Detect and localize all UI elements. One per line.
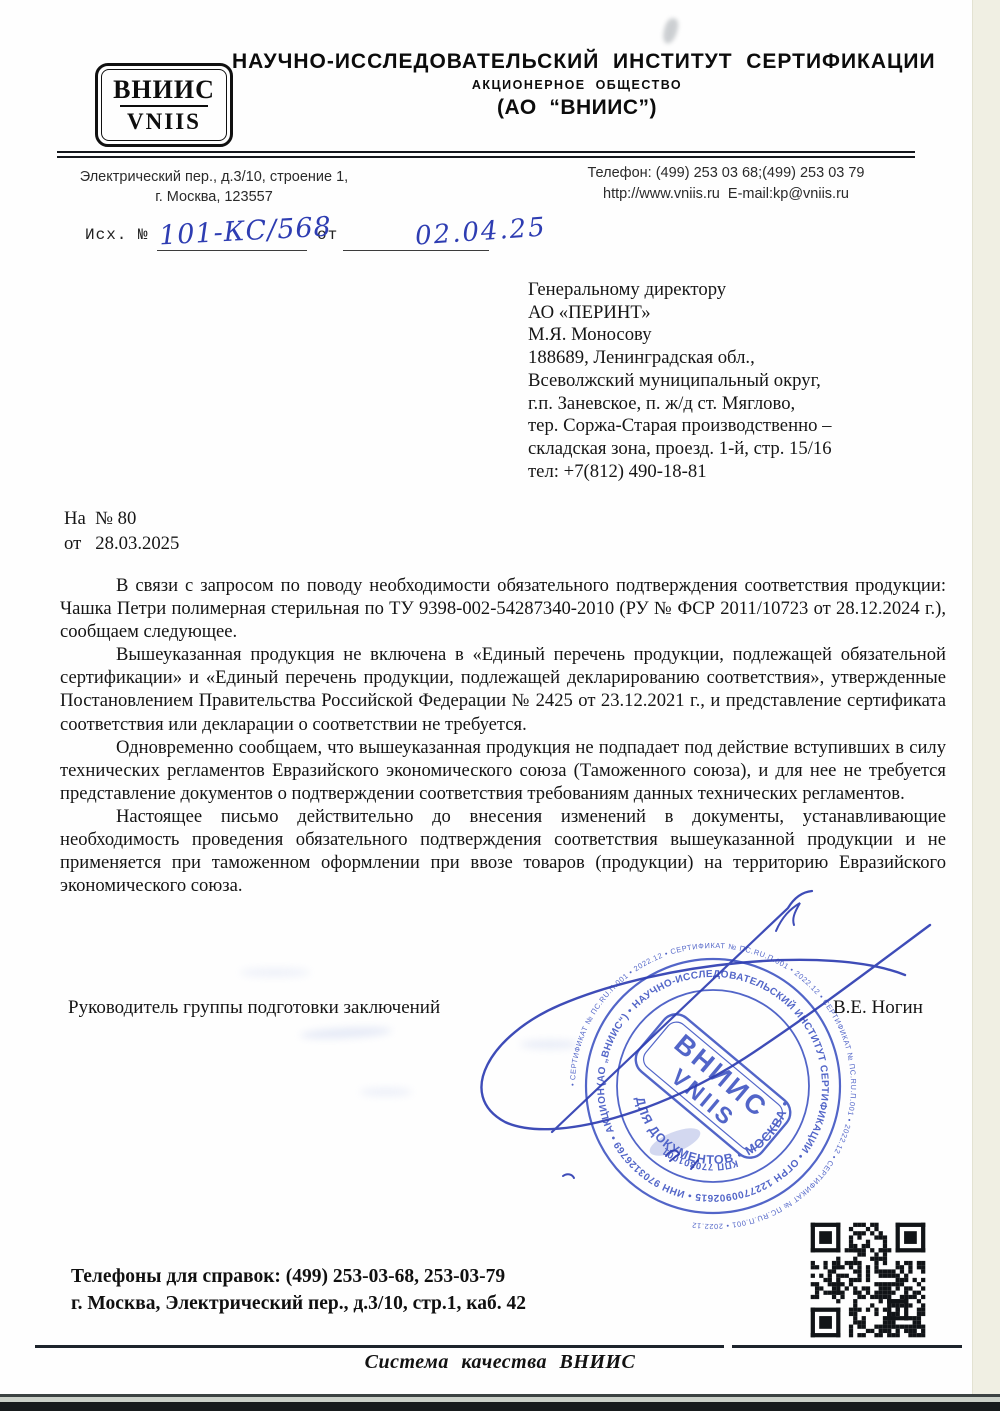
body-paragraph-1: В связи с запросом по поводу необходимос… [60, 574, 946, 643]
recipient-line: г.п. Заневское, п. ж/д ст. Мяглово, [528, 393, 832, 416]
footer-phones: Телефоны для справок: (499) 253-03-68, 2… [71, 1266, 505, 1288]
web-email-line: http://www.vniis.ru E-mail:kp@vniis.ru [540, 184, 912, 205]
logo-text-en: VNIIS [127, 110, 201, 133]
logo-divider [120, 105, 208, 108]
recipient-line: Всеволжский муниципальный округ, [528, 370, 832, 393]
footer-divider-gap [724, 1345, 732, 1348]
letterhead-titles: НАУЧНО-ИССЛЕДОВАТЕЛЬСКИЙ ИНСТИТУТ СЕРТИФ… [232, 50, 922, 120]
outgoing-label: Исх. № [85, 226, 149, 244]
recipient-line: тел: +7(812) 490-18-81 [528, 461, 832, 484]
org-short-name: (АО “ВНИИС”) [232, 96, 922, 120]
recipient-line: АО «ПЕРИНТ» [528, 302, 832, 325]
footer-divider [35, 1345, 962, 1348]
signer-position: Руководитель группы подготовки заключени… [68, 997, 440, 1019]
reference-date: от 28.03.2025 [64, 532, 179, 557]
vniis-logo: ВНИИС VNIIS [95, 63, 233, 147]
address-line-2: г. Москва, 123557 [58, 187, 370, 207]
logo-text-ru: ВНИИС [113, 77, 215, 103]
header-divider [57, 151, 915, 158]
letterhead-address: Электрический пер., д.3/10, строение 1, … [58, 167, 370, 207]
body-paragraph-3: Одновременно сообщаем, что вышеуказанная… [60, 736, 946, 805]
qr-code [810, 1222, 926, 1338]
body-paragraph-2: Вышеуказанная продукция не включена в «Е… [60, 643, 946, 735]
body-paragraph-4: Настоящее письмо действительно до внесен… [60, 805, 946, 897]
recipient-line: складская зона, проезд. 1-й, стр. 15/16 [528, 438, 832, 461]
footer-address: г. Москва, Электрический пер., д.3/10, с… [71, 1293, 526, 1315]
org-type: АКЦИОНЕРНОЕ ОБЩЕСТВО [232, 78, 922, 92]
quality-system-line: Система качества ВНИИС [0, 1351, 1000, 1374]
phone-line: Телефон: (499) 253 03 68;(499) 253 03 79 [540, 163, 912, 184]
recipient-line: тер. Соржа-Старая производственно – [528, 415, 832, 438]
vniis-round-stamp: • СЕРТИФИКАТ № ПС.RU.П.001 • 2022.12 • С… [563, 936, 863, 1236]
handwritten-outgoing-number: 101-КС/568 [158, 211, 332, 251]
signature-hook-stroke [776, 903, 800, 931]
scan-edge-bottom-dark [0, 1402, 1000, 1411]
letterhead-contacts: Телефон: (499) 253 03 68;(499) 253 03 79… [540, 163, 912, 205]
outgoing-number-line: Исх. № от 101-КС/568 02.04.25 [85, 222, 515, 258]
handwritten-outgoing-date: 02.04.25 [414, 212, 548, 251]
ink-bleed-mark [240, 968, 310, 977]
institute-name: НАУЧНО-ИССЛЕДОВАТЕЛЬСКИЙ ИНСТИТУТ СЕРТИФ… [232, 50, 922, 74]
scan-edge-right [972, 0, 1000, 1396]
reference-number: На № 80 [64, 507, 179, 532]
ink-bleed-mark [300, 1026, 392, 1041]
vniis-logo-inner-frame: ВНИИС VNIIS [101, 69, 227, 141]
recipient-block: Генеральному директору АО «ПЕРИНТ» М.Я. … [528, 279, 832, 483]
recipient-line: 188689, Ленинградская обл., [528, 347, 832, 370]
ink-bleed-mark [520, 1040, 580, 1049]
recipient-line: М.Я. Моносову [528, 324, 832, 347]
address-line-1: Электрический пер., д.3/10, строение 1, [58, 167, 370, 187]
scan-smudge [661, 17, 680, 45]
reference-block: На № 80 от 28.03.2025 [64, 507, 179, 556]
scanned-letter-page: ВНИИС VNIIS НАУЧНО-ИССЛЕДОВАТЕЛЬСКИЙ ИНС… [0, 0, 1000, 1411]
letter-body: В связи с запросом по поводу необходимос… [60, 574, 946, 897]
ink-bleed-mark [360, 1088, 412, 1096]
recipient-line: Генеральному директору [528, 279, 832, 302]
